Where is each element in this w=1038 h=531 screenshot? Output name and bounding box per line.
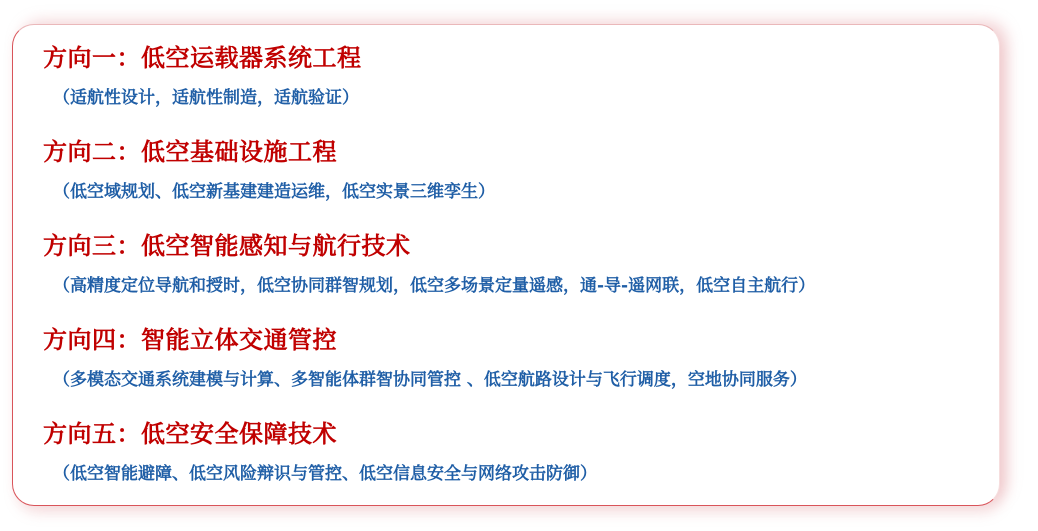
direction-title: 方向五：低空安全保障技术 — [43, 419, 597, 449]
direction-item-5: 方向五：低空安全保障技术 （低空智能避障、低空风险辩识与管控、低空信息安全与网络… — [43, 419, 597, 485]
direction-title: 方向四：智能立体交通管控 — [43, 325, 807, 355]
direction-title: 方向二：低空基础设施工程 — [43, 137, 495, 167]
direction-item-1: 方向一：低空运载器系统工程 （适航性设计，适航性制造，适航验证） — [43, 43, 362, 109]
direction-item-3: 方向三：低空智能感知与航行技术 （高精度定位导航和授时，低空协同群智规划，低空多… — [43, 231, 815, 297]
direction-subtitle: （多模态交通系统建模与计算、多智能体群智协同管控 、低空航路设计与飞行调度，空地… — [53, 369, 807, 391]
direction-title: 方向三：低空智能感知与航行技术 — [43, 231, 815, 261]
direction-subtitle: （高精度定位导航和授时，低空协同群智规划，低空多场景定量遥感，通-导-遥网联，低… — [53, 275, 815, 297]
direction-item-4: 方向四：智能立体交通管控 （多模态交通系统建模与计算、多智能体群智协同管控 、低… — [43, 325, 807, 391]
research-directions-card: 方向一：低空运载器系统工程 （适航性设计，适航性制造，适航验证） 方向二：低空基… — [12, 24, 1000, 506]
direction-subtitle: （低空域规划、低空新基建建造运维，低空实景三维孪生） — [53, 181, 495, 203]
direction-title: 方向一：低空运载器系统工程 — [43, 43, 362, 73]
direction-subtitle: （低空智能避障、低空风险辩识与管控、低空信息安全与网络攻击防御） — [53, 463, 597, 485]
direction-subtitle: （适航性设计，适航性制造，适航验证） — [53, 87, 362, 109]
direction-item-2: 方向二：低空基础设施工程 （低空域规划、低空新基建建造运维，低空实景三维孪生） — [43, 137, 495, 203]
